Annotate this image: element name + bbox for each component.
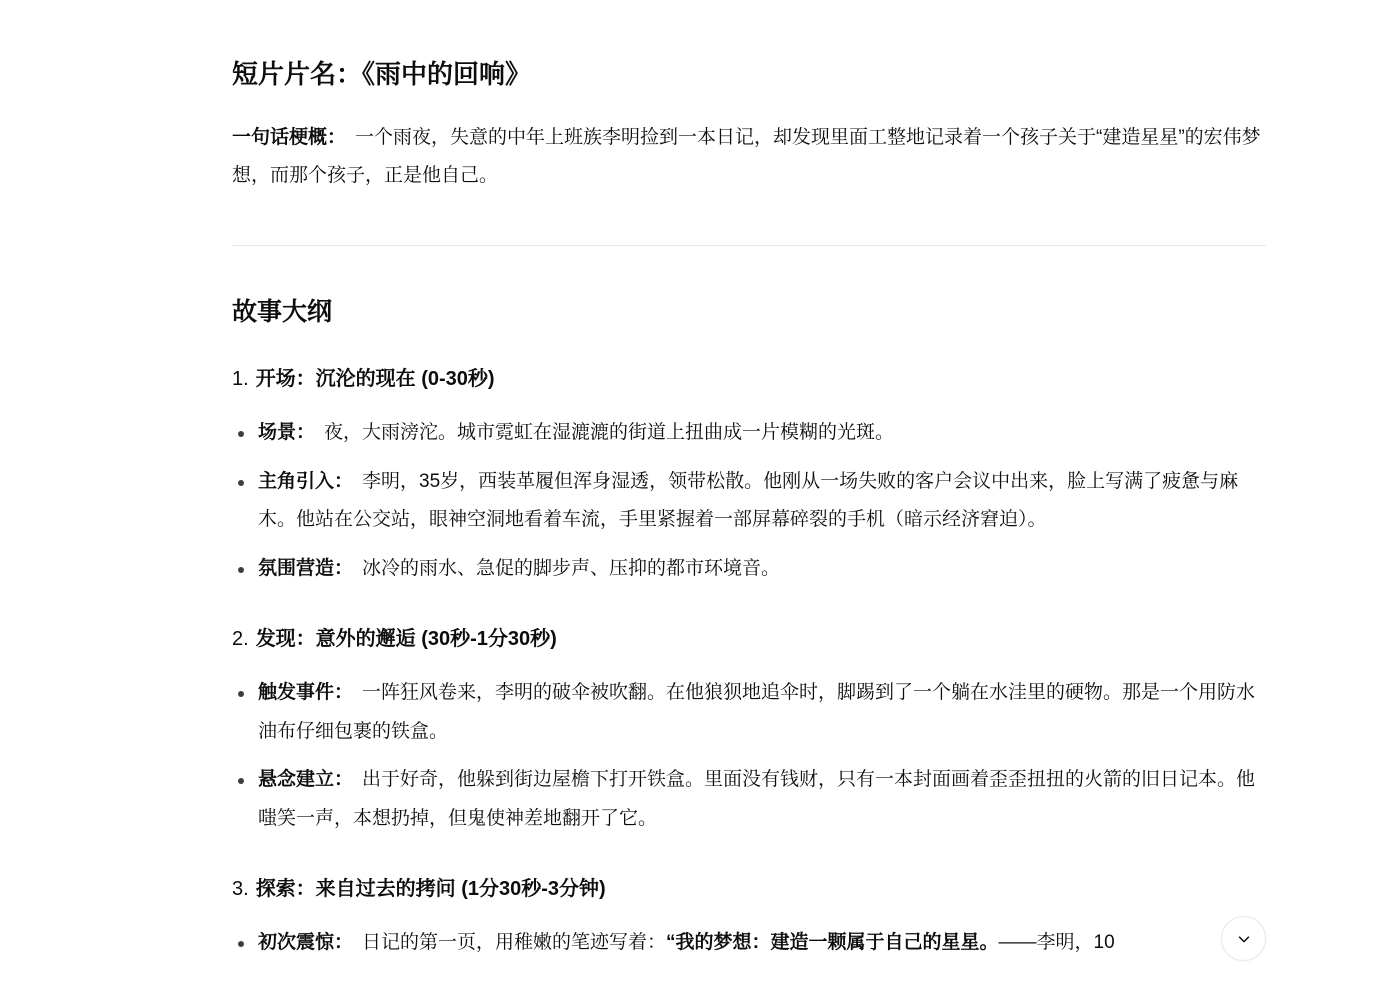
bullet-quote-bold: “我的梦想：建造一颗属于自己的星星。	[666, 932, 999, 953]
section-1-heading: 1.开场：沉沦的现在 (0-30秒)	[232, 365, 1266, 393]
bullet-text-tail: ——李明，10	[999, 932, 1115, 953]
list-item: 触发事件：一阵狂风卷来，李明的破伞被吹翻。在他狼狈地追伞时，脚踢到了一个躺在水洼…	[232, 674, 1266, 751]
bullet-text: 一阵狂风卷来，李明的破伞被吹翻。在他狼狈地追伞时，脚踢到了一个躺在水洼里的硬物。…	[258, 682, 1255, 742]
section-divider	[232, 245, 1266, 246]
list-item: 悬念建立：出于好奇，他躲到街边屋檐下打开铁盒。里面没有钱财，只有一本封面画着歪歪…	[232, 761, 1266, 838]
list-item: 主角引入：李明，35岁，西装革履但浑身湿透，领带松散。他刚从一场失败的客户会议中…	[232, 463, 1266, 540]
section-2-title: 发现：意外的邂逅 (30秒-1分30秒)	[256, 628, 557, 650]
bullet-label: 初次震惊：	[258, 932, 353, 953]
logline-label: 一句话梗概：	[232, 127, 346, 148]
bullet-text: 夜，大雨滂沱。城市霓虹在湿漉漉的街道上扭曲成一片模糊的光斑。	[324, 422, 894, 443]
section-2-number: 2.	[232, 628, 249, 650]
bullet-label: 场景：	[258, 422, 315, 443]
section-3-title: 探索：来自过去的拷问 (1分30秒-3分钟)	[256, 878, 606, 900]
bullet-text: 李明，35岁，西装革履但浑身湿透，领带松散。他刚从一场失败的客户会议中出来，脸上…	[258, 471, 1238, 531]
bullet-label: 氛围营造：	[258, 558, 353, 579]
section-1-title: 开场：沉沦的现在 (0-30秒)	[256, 368, 495, 390]
outline-heading: 故事大纲	[232, 296, 1266, 328]
section-2-bullet-list: 触发事件：一阵狂风卷来，李明的破伞被吹翻。在他狼狈地追伞时，脚踢到了一个躺在水洼…	[232, 674, 1266, 838]
bullet-label: 触发事件：	[258, 682, 353, 703]
list-item: 氛围营造：冰冷的雨水、急促的脚步声、压抑的都市环境音。	[232, 550, 1266, 589]
section-1-number: 1.	[232, 368, 249, 390]
film-title-heading: 短片片名：《雨中的回响》	[232, 57, 1266, 91]
section-3-bullet-list: 初次震惊：日记的第一页，用稚嫩的笔迹写着：“我的梦想：建造一颗属于自己的星星。—…	[232, 924, 1266, 963]
logline-text: 一个雨夜，失意的中年上班族李明捡到一本日记，却发现里面工整地记录着一个孩子关于“…	[232, 127, 1261, 186]
document-content: 短片片名：《雨中的回响》 一句话梗概：一个雨夜，失意的中年上班族李明捡到一本日记…	[232, 0, 1266, 987]
list-item: 初次震惊：日记的第一页，用稚嫩的笔迹写着：“我的梦想：建造一颗属于自己的星星。—…	[232, 924, 1266, 963]
bullet-text: 冰冷的雨水、急促的脚步声、压抑的都市环境音。	[362, 558, 780, 579]
logline-paragraph: 一句话梗概：一个雨夜，失意的中年上班族李明捡到一本日记，却发现里面工整地记录着一…	[232, 119, 1266, 195]
section-3-number: 3.	[232, 878, 249, 900]
section-3-heading: 3.探索：来自过去的拷问 (1分30秒-3分钟)	[232, 875, 1266, 903]
chevron-down-icon	[1235, 930, 1253, 948]
section-1-bullet-list: 场景：夜，大雨滂沱。城市霓虹在湿漉漉的街道上扭曲成一片模糊的光斑。 主角引入：李…	[232, 414, 1266, 588]
bullet-text: 出于好奇，他躲到街边屋檐下打开铁盒。里面没有钱财，只有一本封面画着歪歪扭扭的火箭…	[258, 769, 1255, 829]
bullet-text: 日记的第一页，用稚嫩的笔迹写着：	[362, 932, 666, 953]
list-item: 场景：夜，大雨滂沱。城市霓虹在湿漉漉的街道上扭曲成一片模糊的光斑。	[232, 414, 1266, 453]
bullet-label: 悬念建立：	[258, 769, 353, 790]
section-2-heading: 2.发现：意外的邂逅 (30秒-1分30秒)	[232, 625, 1266, 653]
scroll-to-bottom-button[interactable]	[1221, 916, 1266, 961]
bullet-label: 主角引入：	[258, 471, 353, 492]
